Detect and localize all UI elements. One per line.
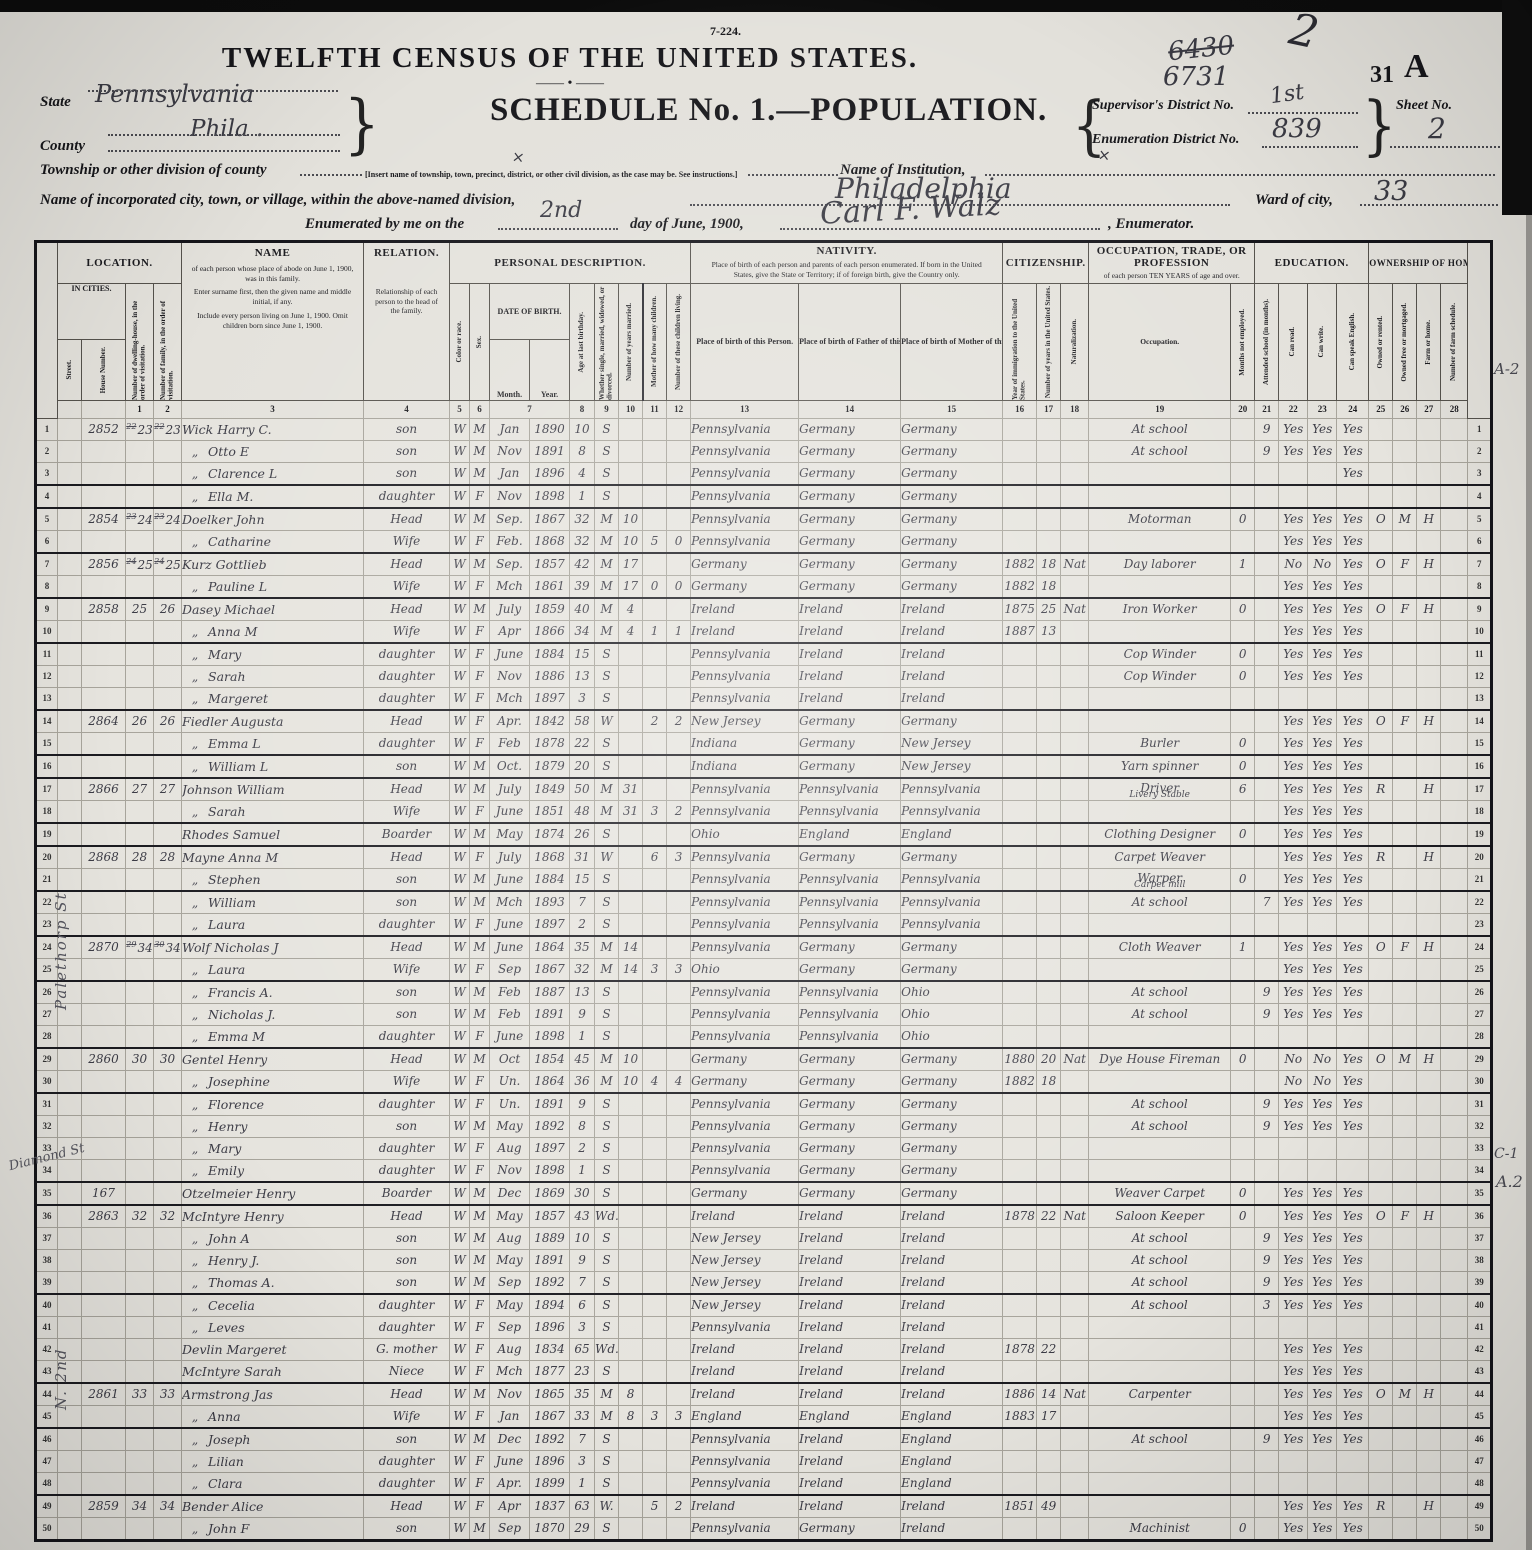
col-color-race: Color or race. xyxy=(450,283,470,400)
cell-can-write: Yes xyxy=(1308,1115,1337,1137)
cell-months-unemployed: 0 xyxy=(1231,1048,1255,1071)
cell-mother-children: 5 xyxy=(643,1495,667,1518)
col-can-speak: Can speak English. xyxy=(1337,283,1369,400)
cell-dwelling-number xyxy=(126,575,154,598)
cell-house-number xyxy=(82,755,126,778)
cell-children-living xyxy=(667,1428,691,1451)
cell-birth-month: July xyxy=(490,778,530,801)
cell-pob-mother: England xyxy=(901,1405,1003,1428)
cell-immigration-year xyxy=(1003,1093,1037,1116)
ditto-mark: „ xyxy=(182,1454,208,1469)
cell-years-us xyxy=(1037,891,1061,914)
cell-dwelling-number xyxy=(126,981,154,1004)
street-name-n2nd: N. 2nd xyxy=(52,1280,70,1410)
cell-dwelling-number xyxy=(126,485,154,508)
cell-years-us xyxy=(1037,530,1061,553)
cell-can-speak: Yes xyxy=(1337,1383,1369,1406)
institution-x-mark: × xyxy=(1097,145,1112,165)
cell-sex: M xyxy=(470,1517,490,1540)
row-number-left: 31 xyxy=(36,1093,58,1116)
cell-owned-free xyxy=(1393,1338,1417,1360)
row-number-right: 8 xyxy=(1468,575,1492,598)
group-relation: RELATION. Relationship of each person to… xyxy=(364,242,450,401)
cell-years-married xyxy=(619,643,643,666)
cell-birth-year: 1896 xyxy=(530,1316,570,1338)
row-number-right: 20 xyxy=(1468,846,1492,869)
row-number-left: 37 xyxy=(36,1227,58,1249)
cell-can-speak: Yes xyxy=(1337,823,1369,846)
cell-years-us xyxy=(1037,823,1061,846)
cell-house-number xyxy=(82,687,126,710)
cell-birth-month: Mch xyxy=(490,575,530,598)
row-number-right: 14 xyxy=(1468,710,1492,733)
cell-house-number xyxy=(82,1249,126,1271)
cell-months-unemployed xyxy=(1231,1472,1255,1495)
cell-occupation xyxy=(1089,1450,1231,1472)
cell-color: W xyxy=(450,462,470,485)
cell-birth-year: 1898 xyxy=(530,1159,570,1182)
cell-can-read: Yes xyxy=(1279,1495,1308,1518)
table-row: 32„HenrysonWMMay18928SPennsylvaniaGerman… xyxy=(36,1115,1492,1137)
cell-can-read: Yes xyxy=(1279,1227,1308,1249)
col-mother-children: Mother of how many children. xyxy=(643,283,667,400)
cell-age: 42 xyxy=(570,553,595,576)
cell-relation: son xyxy=(364,1428,450,1451)
cell-pob-mother: Ireland xyxy=(901,1205,1003,1228)
row-number-right: 38 xyxy=(1468,1249,1492,1271)
cell-can-read: Yes xyxy=(1279,868,1308,891)
cell-can-write xyxy=(1308,913,1337,936)
cell-age: 31 xyxy=(570,846,595,869)
table-row: 19Rhodes SamuelBoarderWMMay187426SOhioEn… xyxy=(36,823,1492,846)
cell-age: 34 xyxy=(570,620,595,643)
cell-marital: S xyxy=(595,823,619,846)
cell-immigration-year: 1882 xyxy=(1003,575,1037,598)
ditto-mark: „ xyxy=(182,466,208,481)
cell-pob-person: Ohio xyxy=(691,958,799,981)
cell-owned-rented xyxy=(1369,665,1393,687)
cell-marital: M xyxy=(595,553,619,576)
cell-sex: F xyxy=(470,1450,490,1472)
cell-birth-year: 1877 xyxy=(530,1360,570,1383)
cell-birth-year: 1897 xyxy=(530,913,570,936)
cell-relation: Wife xyxy=(364,958,450,981)
supervisor-label: Supervisor's District No. xyxy=(1092,98,1234,114)
cell-can-speak: Yes xyxy=(1337,665,1369,687)
cell-can-write: Yes xyxy=(1308,1003,1337,1025)
cell-owned-rented xyxy=(1369,1360,1393,1383)
cell-months-unemployed: 0 xyxy=(1231,732,1255,755)
cell-occupation xyxy=(1089,958,1231,981)
cell-marital: S xyxy=(595,1115,619,1137)
cell-relation: Wife xyxy=(364,575,450,598)
cell-can-speak: Yes xyxy=(1337,1249,1369,1271)
cell-birth-year: 1892 xyxy=(530,1428,570,1451)
cell-sex: F xyxy=(470,846,490,869)
cell-family-number: 2324 xyxy=(154,508,182,531)
group-location: LOCATION. xyxy=(58,242,182,284)
cell-immigration-year xyxy=(1003,440,1037,462)
cell-age: 32 xyxy=(570,958,595,981)
cell-pob-person: Pennsylvania xyxy=(691,665,799,687)
cell-can-write: Yes xyxy=(1308,1428,1337,1451)
cell-can-read: Yes xyxy=(1279,1249,1308,1271)
cell-years-us xyxy=(1037,1159,1061,1182)
cell-can-speak: Yes xyxy=(1337,620,1369,643)
cell-relation: son xyxy=(364,1115,450,1137)
cell-children-living xyxy=(667,553,691,576)
cell-birth-month: May xyxy=(490,1115,530,1137)
cell-relation: daughter xyxy=(364,1093,450,1116)
cell-owned-free xyxy=(1393,800,1417,823)
cell-months-unemployed xyxy=(1231,1093,1255,1116)
cell-house-number xyxy=(82,958,126,981)
cell-name: „Joseph xyxy=(182,1428,364,1451)
cell-years-us: 22 xyxy=(1037,1205,1061,1228)
cell-pob-father: Germany xyxy=(799,1182,901,1205)
cell-can-read xyxy=(1279,1316,1308,1338)
cell-attended-school xyxy=(1255,936,1279,959)
cell-marital: S xyxy=(595,732,619,755)
cell-pob-mother: Pennsylvania xyxy=(901,800,1003,823)
cell-farm-home xyxy=(1417,1360,1441,1383)
enumerator-suffix: , Enumerator. xyxy=(1108,216,1194,233)
col-children-living: Number of these children living. xyxy=(667,283,691,400)
corrected-number: 23 xyxy=(126,512,136,521)
row-number-right: 40 xyxy=(1468,1294,1492,1317)
cell-marital: M xyxy=(595,598,619,621)
table-row: 15„Emma LdaughterWFFeb187822SIndianaGerm… xyxy=(36,732,1492,755)
cell-sex: M xyxy=(470,462,490,485)
cell-years-us xyxy=(1037,732,1061,755)
cell-mother-children: 0 xyxy=(643,575,667,598)
cell-can-write: Yes xyxy=(1308,958,1337,981)
cell-birth-year: 1837 xyxy=(530,1495,570,1518)
cell-house-number xyxy=(82,1517,126,1540)
cell-months-unemployed xyxy=(1231,1450,1255,1472)
cell-marital: S xyxy=(595,1294,619,1317)
cell-owned-rented xyxy=(1369,687,1393,710)
cell-years-us xyxy=(1037,1003,1061,1025)
cell-birth-year: 1851 xyxy=(530,800,570,823)
cell-name: Doelker John xyxy=(182,508,364,531)
cell-occupation: At school xyxy=(1089,418,1231,440)
cell-months-unemployed: 0 xyxy=(1231,1517,1255,1540)
cell-pob-mother: Germany xyxy=(901,958,1003,981)
row-number-left: 32 xyxy=(36,1115,58,1137)
cell-can-write xyxy=(1308,462,1337,485)
cell-years-us xyxy=(1037,981,1061,1004)
cell-owned-rented xyxy=(1369,1428,1393,1451)
cell-farm-home xyxy=(1417,1093,1441,1116)
cell-relation: son xyxy=(364,1249,450,1271)
cell-years-us xyxy=(1037,1249,1061,1271)
cell-mother-children xyxy=(643,1003,667,1025)
colnum-street xyxy=(58,400,82,418)
cell-pob-person: Ireland xyxy=(691,1338,799,1360)
cell-name: „Laura xyxy=(182,958,364,981)
cell-relation: Wife xyxy=(364,620,450,643)
cell-relation: son xyxy=(364,440,450,462)
cell-age: 33 xyxy=(570,1405,595,1428)
cell-children-living xyxy=(667,665,691,687)
cell-owned-free xyxy=(1393,1003,1417,1025)
cell-naturalization xyxy=(1061,440,1089,462)
cell-months-unemployed: 0 xyxy=(1231,665,1255,687)
township-line-b xyxy=(748,174,838,176)
cell-occupation: Carpenter xyxy=(1089,1383,1231,1406)
cell-relation: Boarder xyxy=(364,823,450,846)
cell-pob-mother: Ireland xyxy=(901,687,1003,710)
cell-farm-schedule xyxy=(1441,1070,1468,1093)
cell-owned-rented xyxy=(1369,530,1393,553)
cell-children-living xyxy=(667,913,691,936)
cell-birth-year: 1857 xyxy=(530,553,570,576)
cell-months-unemployed xyxy=(1231,891,1255,914)
cell-months-unemployed xyxy=(1231,1428,1255,1451)
cell-immigration-year xyxy=(1003,418,1037,440)
cell-years-us xyxy=(1037,1428,1061,1451)
group-occupation: OCCUPATION, TRADE, OR PROFESSION of each… xyxy=(1089,242,1255,284)
cell-pob-father: Germany xyxy=(799,485,901,508)
cell-pob-father: Ireland xyxy=(799,598,901,621)
cell-sex: M xyxy=(470,440,490,462)
cell-years-us xyxy=(1037,846,1061,869)
cell-can-speak: Yes xyxy=(1337,1048,1369,1071)
cell-farm-home xyxy=(1417,1294,1441,1317)
row-number-right: 11 xyxy=(1468,643,1492,666)
cell-can-read: Yes xyxy=(1279,1517,1308,1540)
cell-pob-person: Pennsylvania xyxy=(691,868,799,891)
cell-street xyxy=(58,530,82,553)
ditto-mark: „ xyxy=(182,534,208,549)
cell-farm-schedule xyxy=(1441,1428,1468,1451)
cell-mother-children: 6 xyxy=(643,846,667,869)
cell-farm-home xyxy=(1417,1472,1441,1495)
cell-relation: Head xyxy=(364,598,450,621)
cell-can-write: Yes xyxy=(1308,1517,1337,1540)
cell-relation: Wife xyxy=(364,530,450,553)
cell-family-number xyxy=(154,1093,182,1116)
cell-mother-children xyxy=(643,665,667,687)
group-name: NAME of each person whose place of abode… xyxy=(182,242,364,401)
cell-pob-mother: Germany xyxy=(901,1070,1003,1093)
cell-months-unemployed xyxy=(1231,913,1255,936)
cell-marital: Wd. xyxy=(595,1338,619,1360)
cell-pob-mother: Germany xyxy=(901,553,1003,576)
cell-occupation: WarperCarpet mill xyxy=(1089,868,1231,891)
cell-farm-home xyxy=(1417,462,1441,485)
cell-pob-mother: Ireland xyxy=(901,1495,1003,1518)
cell-name: „Thomas A. xyxy=(182,1271,364,1294)
cell-relation: Head xyxy=(364,846,450,869)
cell-pob-father: England xyxy=(799,1405,901,1428)
cell-pob-mother: Germany xyxy=(901,1137,1003,1159)
cell-farm-schedule xyxy=(1441,665,1468,687)
cell-can-speak: Yes xyxy=(1337,1405,1369,1428)
cell-years-us xyxy=(1037,778,1061,801)
cell-owned-rented xyxy=(1369,1093,1393,1116)
cell-children-living: 0 xyxy=(667,530,691,553)
cell-years-us xyxy=(1037,665,1061,687)
cell-name: „John F xyxy=(182,1517,364,1540)
colnum: 4 xyxy=(364,400,450,418)
cell-dwelling-number xyxy=(126,1517,154,1540)
cell-house-number xyxy=(82,462,126,485)
cell-birth-year: 1884 xyxy=(530,868,570,891)
cell-children-living: 2 xyxy=(667,710,691,733)
cell-birth-month: Apr. xyxy=(490,710,530,733)
sheet-line xyxy=(1390,146,1500,148)
cell-pob-mother: Germany xyxy=(901,1159,1003,1182)
cell-occupation: At school xyxy=(1089,1115,1231,1137)
cell-color: W xyxy=(450,1249,470,1271)
cell-immigration-year xyxy=(1003,1271,1037,1294)
cell-farm-schedule xyxy=(1441,440,1468,462)
cell-birth-year: 1874 xyxy=(530,823,570,846)
row-number-right: 10 xyxy=(1468,620,1492,643)
cell-sex: M xyxy=(470,1003,490,1025)
cell-months-unemployed xyxy=(1231,575,1255,598)
cell-occupation xyxy=(1089,530,1231,553)
cell-farm-home xyxy=(1417,1159,1441,1182)
cell-marital: S xyxy=(595,868,619,891)
cell-farm-schedule xyxy=(1441,732,1468,755)
cell-owned-free xyxy=(1393,913,1417,936)
cell-name: „Pauline L xyxy=(182,575,364,598)
row-number-left: 14 xyxy=(36,710,58,733)
cell-owned-rented xyxy=(1369,1227,1393,1249)
col-farm-schedule: Number of farm schedule. xyxy=(1441,283,1468,400)
col-pob-mother: Place of birth of Mother of this person. xyxy=(901,283,1003,400)
cell-color: W xyxy=(450,981,470,1004)
cell-birth-year: 1892 xyxy=(530,1115,570,1137)
cell-can-read xyxy=(1279,1025,1308,1048)
cell-age: 13 xyxy=(570,981,595,1004)
cell-children-living xyxy=(667,868,691,891)
cell-naturalization xyxy=(1061,710,1089,733)
cell-children-living: 0 xyxy=(667,575,691,598)
row-number-right: 4 xyxy=(1468,485,1492,508)
cell-color: W xyxy=(450,485,470,508)
cell-age: 15 xyxy=(570,868,595,891)
table-header: LOCATION. NAME of each person whose plac… xyxy=(36,242,1492,419)
cell-occupation: At school xyxy=(1089,440,1231,462)
ditto-mark: „ xyxy=(182,691,208,706)
cell-months-unemployed xyxy=(1231,846,1255,869)
cell-relation: son xyxy=(364,981,450,1004)
cell-mother-children xyxy=(643,462,667,485)
colnum: 21 xyxy=(1255,400,1279,418)
cell-birth-month: June xyxy=(490,1025,530,1048)
cell-months-unemployed xyxy=(1231,800,1255,823)
cell-farm-home xyxy=(1417,1182,1441,1205)
row-number-left: 36 xyxy=(36,1205,58,1228)
cell-name: „Otto E xyxy=(182,440,364,462)
cell-can-write: Yes xyxy=(1308,1383,1337,1406)
cell-farm-home xyxy=(1417,1405,1441,1428)
cell-naturalization xyxy=(1061,913,1089,936)
cell-years-married: 4 xyxy=(619,620,643,643)
cell-owned-free: F xyxy=(1393,598,1417,621)
scan-right-edge xyxy=(1526,215,1532,1550)
row-number-left: 4 xyxy=(36,485,58,508)
cell-dwelling-number xyxy=(126,1249,154,1271)
cell-can-speak: Yes xyxy=(1337,732,1369,755)
cell-birth-year: 1898 xyxy=(530,1025,570,1048)
cell-children-living xyxy=(667,485,691,508)
cell-color: W xyxy=(450,891,470,914)
cell-birth-year: 1849 xyxy=(530,778,570,801)
cell-farm-home xyxy=(1417,732,1441,755)
cell-naturalization xyxy=(1061,1182,1089,1205)
cell-mother-children xyxy=(643,1137,667,1159)
cell-can-write xyxy=(1308,1472,1337,1495)
cell-occupation: Cloth Weaver xyxy=(1089,936,1231,959)
table-row: 30„JosephineWifeWFUn.186436M1044GermanyG… xyxy=(36,1070,1492,1093)
table-row: 41„LevesdaughterWFSep18963SPennsylvaniaI… xyxy=(36,1316,1492,1338)
cell-farm-schedule xyxy=(1441,1048,1468,1071)
cell-house-number xyxy=(82,575,126,598)
cell-attended-school: 9 xyxy=(1255,981,1279,1004)
cell-pob-father: England xyxy=(799,823,901,846)
cell-can-write: Yes xyxy=(1308,1182,1337,1205)
cell-name: Bender Alice xyxy=(182,1495,364,1518)
cell-birth-month: May xyxy=(490,823,530,846)
cell-marital: M xyxy=(595,1383,619,1406)
cell-marital: S xyxy=(595,440,619,462)
cell-birth-month: Apr. xyxy=(490,1472,530,1495)
row-number-right: 47 xyxy=(1468,1450,1492,1472)
cell-dwelling-number xyxy=(126,800,154,823)
cell-color: W xyxy=(450,1227,470,1249)
table-row: 1728662727Johnson WilliamHeadWMJuly18495… xyxy=(36,778,1492,801)
cell-attended-school xyxy=(1255,1360,1279,1383)
cell-owned-rented xyxy=(1369,1115,1393,1137)
cell-birth-month: Nov xyxy=(490,440,530,462)
cell-dwelling-number xyxy=(126,620,154,643)
col-dwelling-number: Number of dwelling-house, in the order o… xyxy=(126,283,154,400)
cell-family-number xyxy=(154,620,182,643)
cell-farm-home xyxy=(1417,485,1441,508)
col-pob-father: Place of birth of Father of this person. xyxy=(799,283,901,400)
cell-years-us: 20 xyxy=(1037,1048,1061,1071)
form-number: 7-224. xyxy=(710,24,741,39)
cell-years-married xyxy=(619,1159,643,1182)
cell-pob-mother: Pennsylvania xyxy=(901,778,1003,801)
cell-age: 20 xyxy=(570,755,595,778)
cell-mother-children xyxy=(643,913,667,936)
cell-age: 13 xyxy=(570,665,595,687)
cell-can-read: Yes xyxy=(1279,823,1308,846)
row-number-right: 19 xyxy=(1468,823,1492,846)
cell-age: 1 xyxy=(570,1472,595,1495)
cell-dwelling-number xyxy=(126,868,154,891)
cell-children-living xyxy=(667,1115,691,1137)
cell-family-number: 26 xyxy=(154,710,182,733)
cell-farm-schedule xyxy=(1441,1137,1468,1159)
cell-occupation xyxy=(1089,1025,1231,1048)
cell-birth-month: Feb xyxy=(490,981,530,1004)
cell-months-unemployed xyxy=(1231,418,1255,440)
cell-naturalization xyxy=(1061,823,1089,846)
cell-children-living: 3 xyxy=(667,1405,691,1428)
cell-can-read: Yes xyxy=(1279,1271,1308,1294)
cell-pob-person: Pennsylvania xyxy=(691,1025,799,1048)
cell-house-number xyxy=(82,1472,126,1495)
cell-pob-father: Germany xyxy=(799,418,901,440)
cell-farm-schedule xyxy=(1441,710,1468,733)
